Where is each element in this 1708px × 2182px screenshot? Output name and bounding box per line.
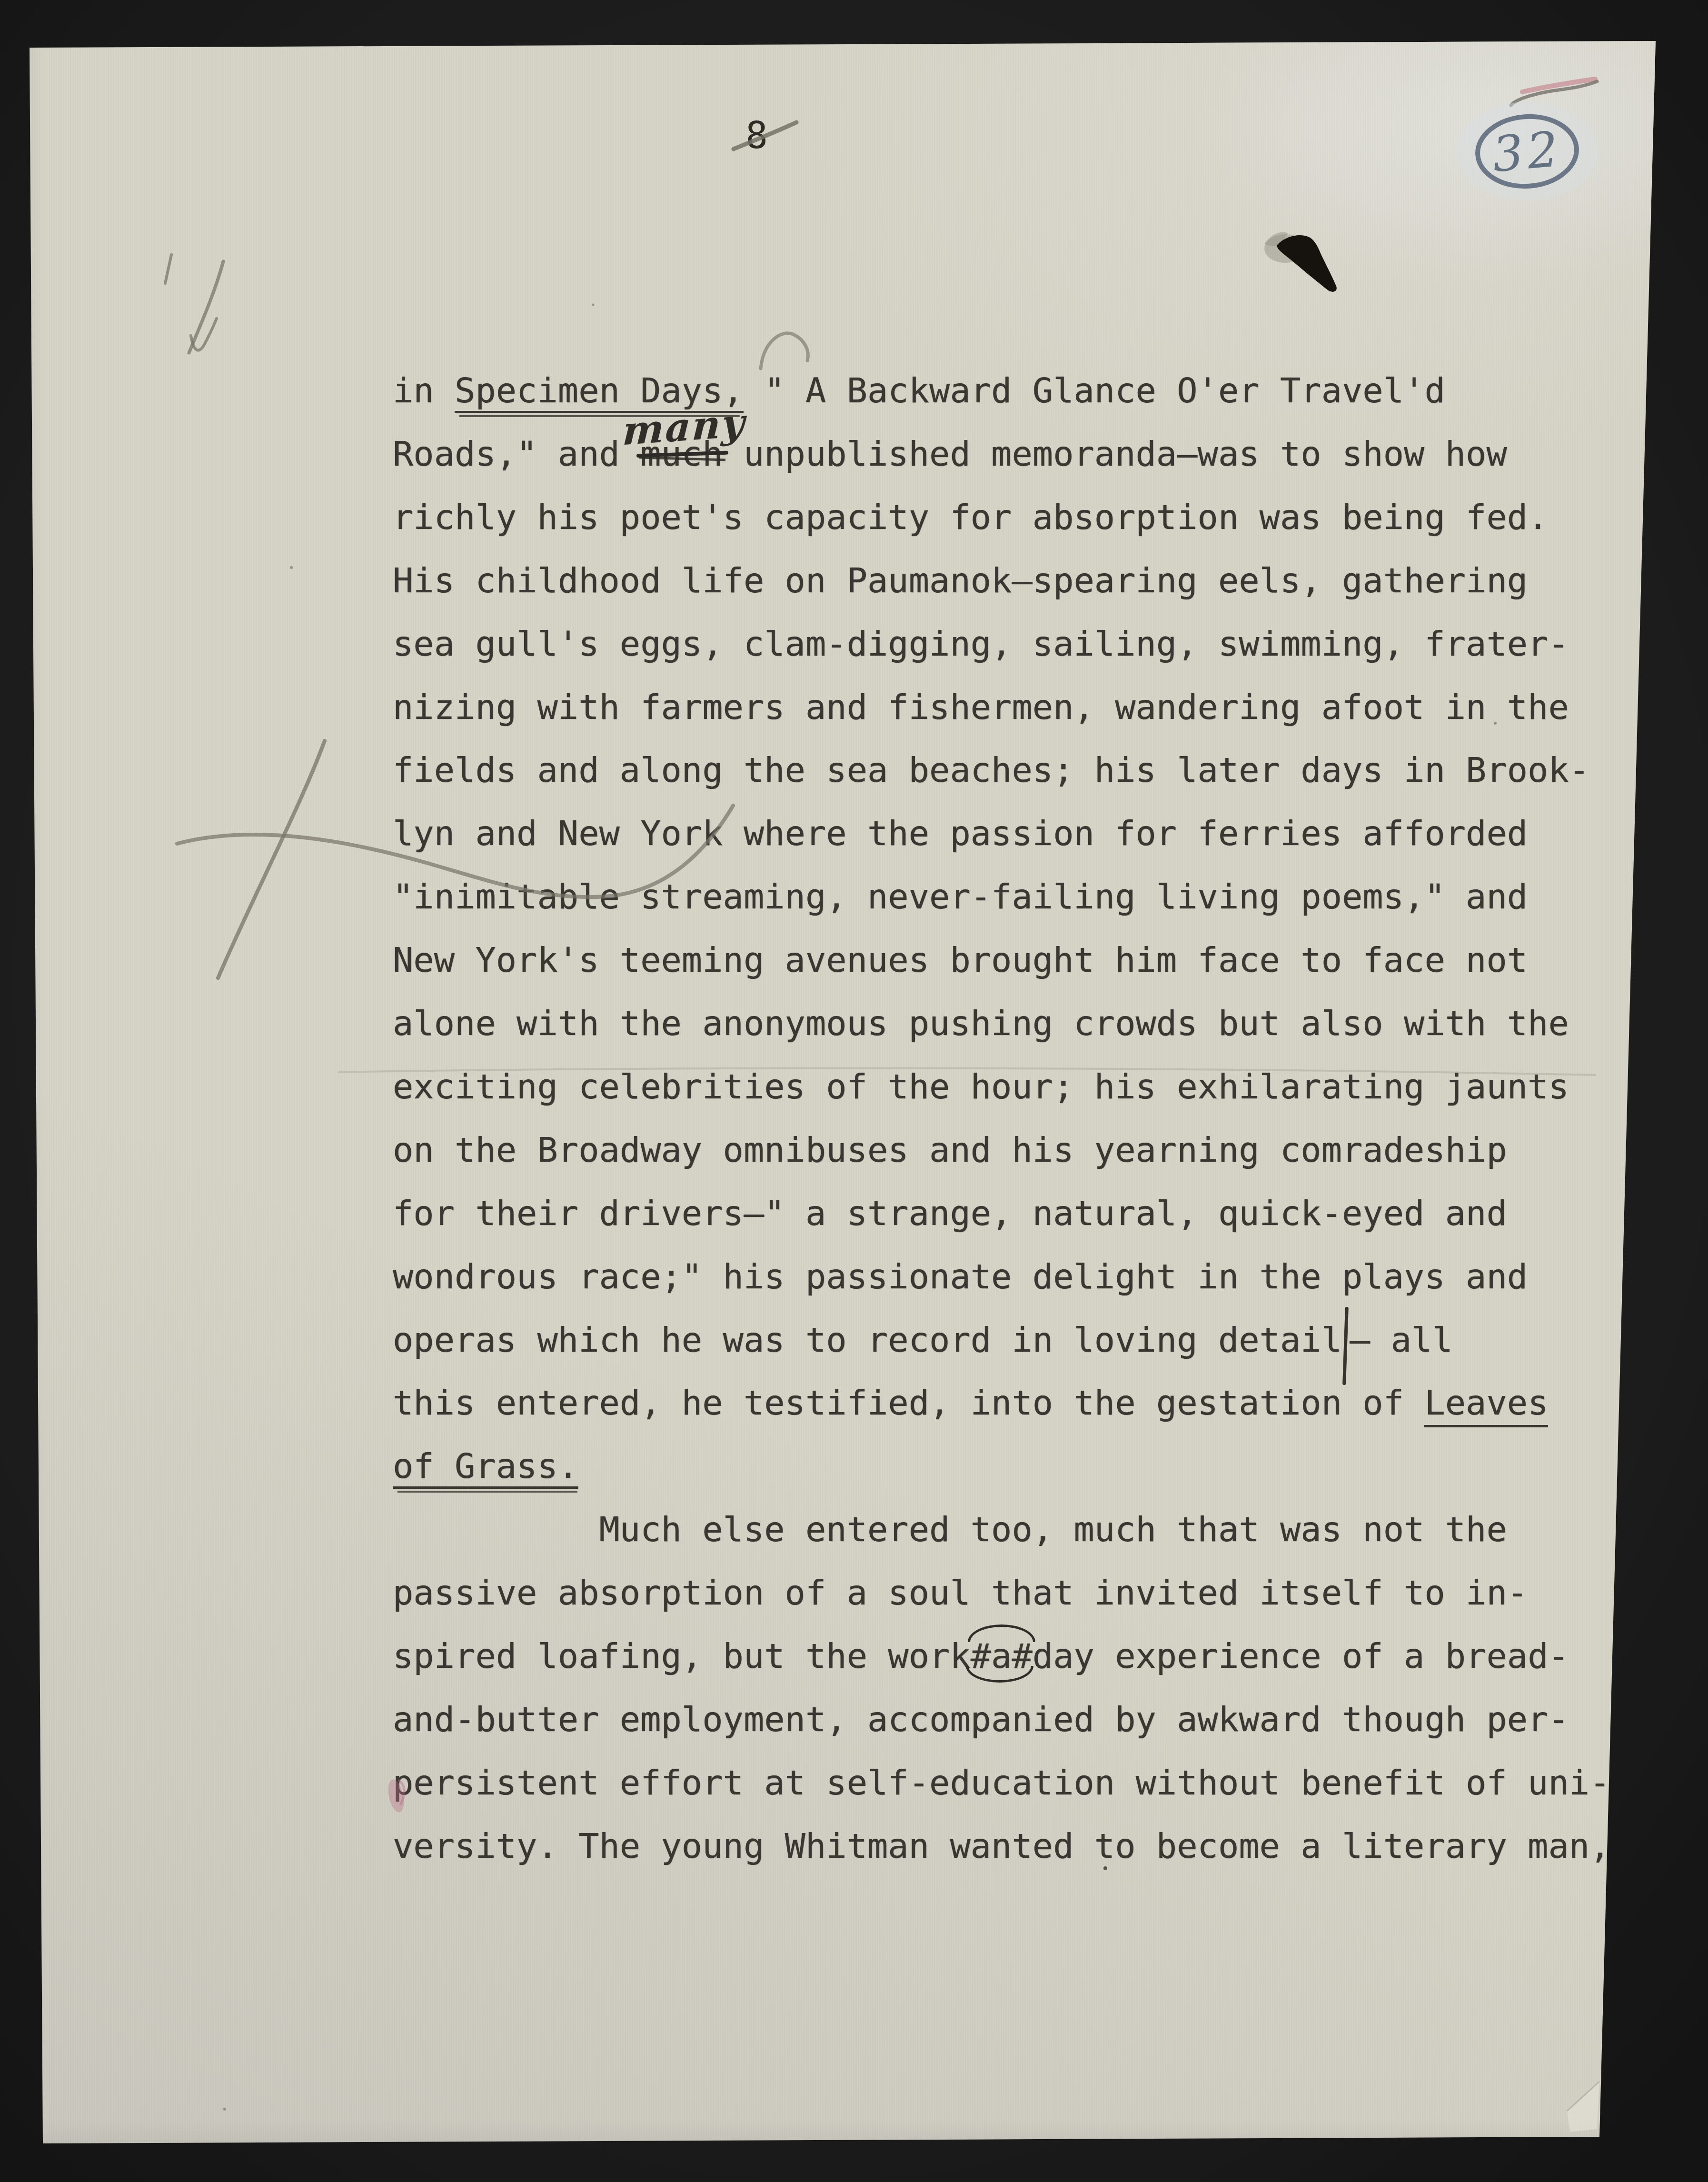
typed-line-23: persistent effort at self-education with… (393, 1758, 1610, 1807)
typed-line-13: on the Broadway omnibuses and his yearni… (393, 1125, 1507, 1175)
typed-segment: passive absorption of a soul that invite… (393, 1573, 1528, 1613)
typed-segment: operas which he was to record in loving … (393, 1320, 1342, 1360)
typed-line-22: and-butter employment, accompanied by aw… (393, 1694, 1569, 1744)
typed-segment: in (393, 370, 455, 410)
typed-segment: unpublished memoranda—was to show how (723, 434, 1507, 474)
typed-segment: spired loafing, but the work (393, 1636, 971, 1676)
typed-line-2: Roads," and much unpublished memoranda—w… (393, 429, 1507, 478)
typed-segment: exciting celebrities of the hour; his ex… (393, 1066, 1569, 1106)
typed-segment: "inimitable streaming, never-failing liv… (393, 877, 1528, 917)
typed-line-14: for their drivers—" a strange, natural, … (393, 1188, 1507, 1238)
typed-line-10: New York's teeming avenues brought him f… (393, 935, 1528, 985)
typed-segment: and-butter employment, accompanied by aw… (393, 1699, 1569, 1739)
typed-segment-u2: of Grass. (393, 1446, 578, 1493)
typed-line-5: sea gull's eggs, clam-digging, sailing, … (393, 619, 1569, 668)
typed-segment: lyn and New York where the passion for f… (393, 813, 1528, 853)
typed-segment-insbar (1342, 1347, 1350, 1352)
typed-line-17: this entered, he testified, into the ges… (393, 1378, 1548, 1427)
typed-line-16: operas which he was to record in loving … (393, 1315, 1453, 1365)
handwritten-insertion-many: many (622, 403, 747, 451)
typed-segment: wondrous race;" his passionate delight i… (393, 1256, 1528, 1296)
typed-line-21: spired loafing, but the work#a#day exper… (393, 1631, 1569, 1681)
typed-segment: this entered, he testified, into the ges… (393, 1383, 1424, 1423)
typed-segment-u: Leaves (1424, 1383, 1548, 1427)
typed-segment: versity. The young Whitman wanted to bec… (393, 1826, 1610, 1866)
typed-line-15: wondrous race;" his passionate delight i… (393, 1252, 1528, 1301)
typed-segment: " A Backward Glance O'er Travel'd (744, 370, 1445, 410)
typed-segment: on the Broadway omnibuses and his yearni… (393, 1130, 1507, 1170)
typed-line-11: alone with the anonymous pushing crowds … (393, 998, 1569, 1048)
typed-segment: persistent effort at self-education with… (393, 1763, 1610, 1803)
typed-segment: His childhood life on Paumanok—spearing … (393, 560, 1528, 600)
scanned-manuscript-page: 8 in Specimen Days, " A Backward Glance … (0, 0, 1708, 2182)
typed-segment: alone with the anonymous pushing crowds … (393, 1003, 1569, 1043)
typed-line-8: lyn and New York where the passion for f… (393, 808, 1528, 858)
typed-line-7: fields and along the sea beaches; his la… (393, 745, 1589, 795)
typed-segment: sea gull's eggs, clam-digging, sailing, … (393, 624, 1569, 664)
typed-line-3: richly his poet's capacity for absorptio… (393, 492, 1548, 542)
typed-segment: fields and along the sea beaches; his la… (393, 750, 1589, 790)
typed-segment-tie: #a# (971, 1636, 1033, 1676)
typescript-body: in Specimen Days, " A Backward Glance O'… (0, 0, 1708, 2182)
typed-segment: Roads," and (393, 434, 640, 474)
typed-line-6: nizing with farmers and fishermen, wande… (393, 682, 1569, 732)
typed-segment: Much else entered too, much that was not… (393, 1509, 1507, 1549)
typed-line-4: His childhood life on Paumanok—spearing … (393, 556, 1528, 605)
typed-line-1: in Specimen Days, " A Backward Glance O'… (393, 366, 1445, 415)
typed-segment: — all (1350, 1320, 1453, 1360)
typed-segment: day experience of a bread- (1033, 1636, 1569, 1676)
typed-line-19: Much else entered too, much that was not… (393, 1504, 1507, 1554)
typed-line-18: of Grass. (393, 1441, 578, 1491)
typed-segment: for their drivers—" a strange, natural, … (393, 1193, 1507, 1233)
typed-line-12: exciting celebrities of the hour; his ex… (393, 1062, 1569, 1111)
typed-line-9: "inimitable streaming, never-failing liv… (393, 872, 1528, 921)
typed-segment: richly his poet's capacity for absorptio… (393, 497, 1548, 537)
typed-line-24: versity. The young Whitman wanted to bec… (393, 1821, 1610, 1871)
typed-segment: New York's teeming avenues brought him f… (393, 940, 1528, 980)
typed-segment: nizing with farmers and fishermen, wande… (393, 687, 1569, 727)
typed-line-20: passive absorption of a soul that invite… (393, 1568, 1528, 1617)
